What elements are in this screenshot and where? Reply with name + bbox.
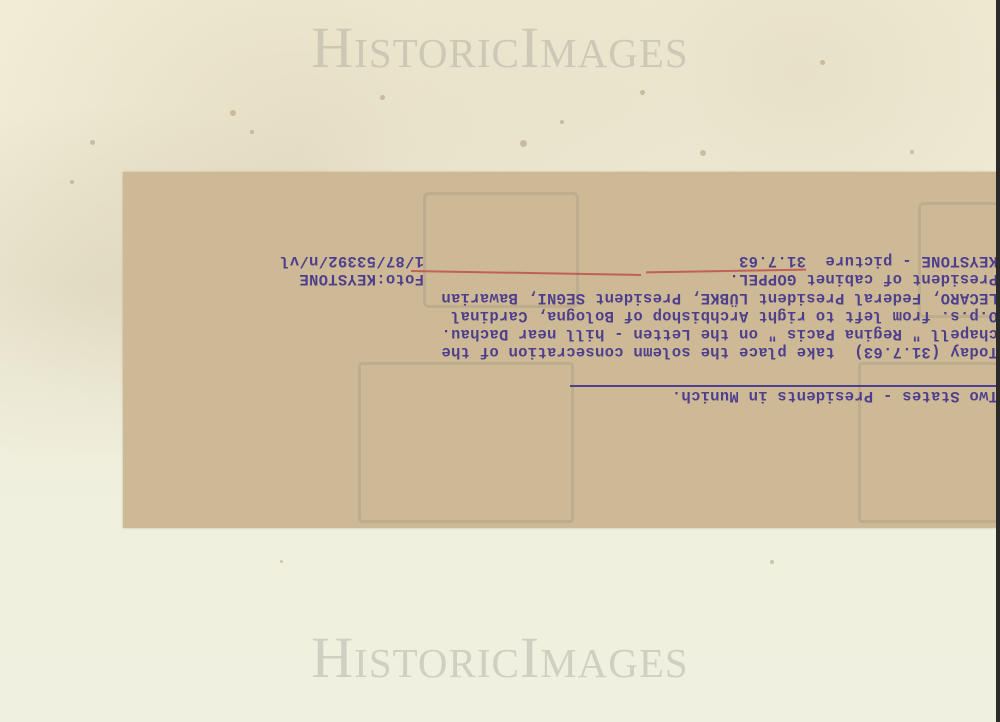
red-pencil-mark-2 (411, 270, 641, 276)
caption-line-1: Today (31.7.63) take place the solemn co… (441, 343, 998, 361)
heading-underline (570, 385, 998, 387)
caption-line-2: chapell " Regina Pacis " on the Letten -… (441, 325, 998, 343)
caption-slip: Two States - Presidents in Munich. Today… (123, 172, 996, 528)
caption-line-3: O.p.s. from left to right Archbishop of … (451, 307, 998, 325)
caption-line-6: KEYSTONE - picture 31.7.63 (739, 252, 998, 270)
caption-line-5: President of cabinet GOPPEL. (729, 270, 998, 288)
watermark-top: HistoricImages (0, 14, 1000, 81)
credit-reference: 1/87/53392/n/vl (280, 252, 424, 270)
caption-heading: Two States - Presidents in Munich. (672, 387, 998, 405)
watermark-bottom: HistoricImages (0, 624, 1000, 691)
scan-edge (996, 0, 1000, 722)
caption-line-4: LECARO, Federal President LÜBKE, Preside… (441, 289, 998, 307)
typed-caption: Two States - Presidents in Munich. Today… (123, 172, 996, 528)
credit-foto: Foto:KEYSTONE (299, 270, 424, 288)
